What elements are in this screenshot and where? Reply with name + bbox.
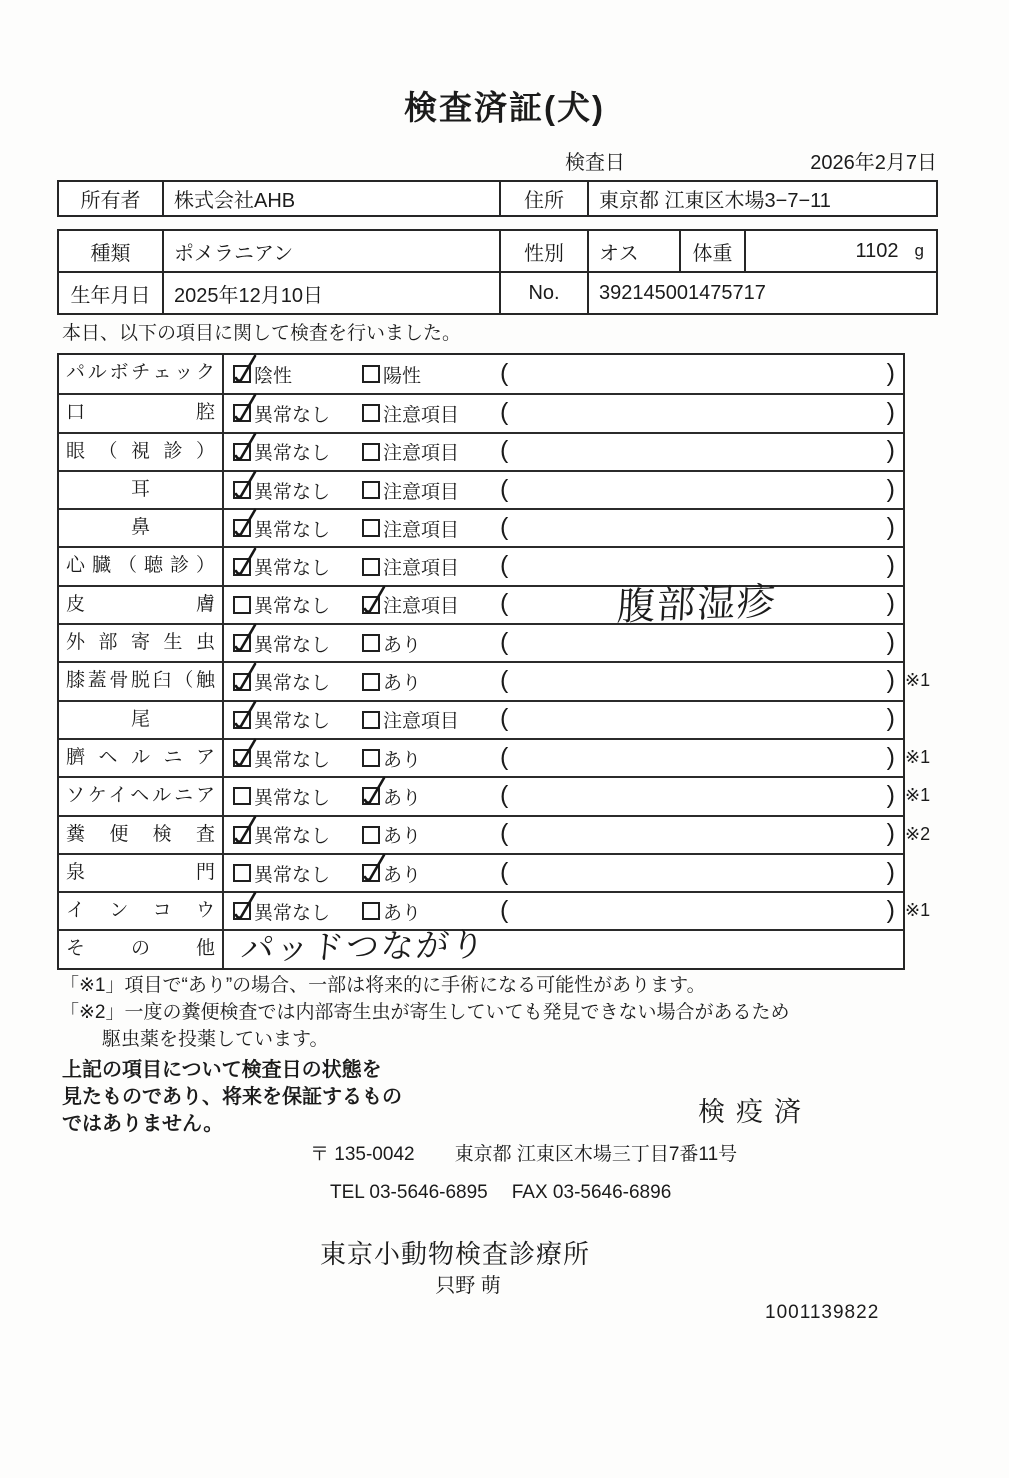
row-content: パッドつながり: [224, 931, 903, 967]
result-option: あり: [362, 783, 500, 810]
result-option: あり: [362, 860, 500, 887]
option-label: 注意項目: [383, 477, 459, 504]
footnote-line: 「※1」項目で“あり”の場合、一部は将来的に手術になる可能性があります。: [60, 972, 790, 999]
checkbox-unchecked: [362, 404, 380, 422]
sex-value: オス: [587, 231, 679, 271]
option-label: 異常なし: [254, 706, 330, 733]
table-row: インコウ異常なしあり()※1: [59, 891, 903, 929]
birthdate-label: 生年月日: [59, 273, 162, 313]
checkbox-checked: [233, 365, 251, 383]
row-label: ソケイヘルニア: [59, 778, 224, 814]
checkbox-checked: [233, 634, 251, 652]
checkbox-checked: [233, 902, 251, 920]
result-option: あり: [362, 630, 500, 657]
certificate-page: 検査済証(犬) 検査日 2026年2月7日 所有者 株式会社AHB 住所 東京都…: [0, 0, 1009, 1478]
checkbox-unchecked: [233, 864, 251, 882]
table-row: 耳異常なし注意項目(): [59, 470, 903, 508]
option-label: あり: [383, 783, 421, 810]
checkbox-unchecked: [362, 634, 380, 652]
row-content: 異常なし注意項目(): [224, 395, 903, 431]
clinic-tel: TEL 03-5646-6895: [330, 1182, 488, 1204]
option-label: 陽性: [383, 361, 421, 388]
examiner-name: 只野 萌: [320, 1269, 616, 1298]
result-option: 異常なし: [233, 515, 362, 542]
table-row: 泉門異常なしあり(): [59, 853, 903, 891]
clinic-address: 東京都 江東区木場三丁目7番11号: [455, 1139, 738, 1166]
check-mark-icon: [232, 546, 258, 580]
row-content: 異常なしあり(): [224, 855, 903, 891]
paren-open: (: [500, 628, 508, 659]
table-row: 臍ヘルニア異常なしあり()※1: [59, 738, 903, 776]
check-mark-icon: [232, 661, 258, 695]
option-label: あり: [383, 630, 421, 657]
breed-label: 種類: [59, 231, 162, 271]
row-label: 心臓（聴診）: [59, 548, 224, 584]
pet-info-table: 種類 ポメラニアン 性別 オス 体重 1102 g 生年月日 2025年12月1…: [57, 229, 938, 315]
option-label: 注意項目: [383, 438, 459, 465]
option-label: 異常なし: [254, 400, 330, 427]
paren-close: ): [887, 858, 895, 889]
paren-close: ): [887, 475, 895, 506]
weight-unit: g: [915, 241, 936, 261]
checkbox-unchecked: [233, 596, 251, 614]
sex-label: 性別: [499, 231, 587, 271]
result-option: 異常なし: [233, 860, 362, 887]
check-mark-icon: [232, 622, 258, 656]
row-content: 異常なしあり(): [224, 778, 903, 814]
option-label: あり: [383, 668, 421, 695]
table-row: その他パッドつながり: [59, 929, 903, 967]
checkbox-checked: [362, 864, 380, 882]
result-option: 注意項目: [362, 515, 500, 542]
paren-close: ): [887, 743, 895, 774]
checkbox-unchecked: [362, 749, 380, 767]
result-option: 異常なし: [233, 477, 362, 504]
row-label: その他: [59, 931, 224, 967]
row-label: 耳: [59, 472, 224, 508]
paren-open: (: [500, 475, 508, 506]
checkbox-checked: [233, 443, 251, 461]
result-option: 異常なし: [233, 706, 362, 733]
option-label: 異常なし: [254, 668, 330, 695]
check-mark-icon: [361, 852, 387, 886]
row-content: 異常なしあり(): [224, 663, 903, 699]
result-option: 異常なし: [233, 898, 362, 925]
table-row: パルボチェック陰性陽性(): [59, 355, 903, 393]
quarantine-stamp: 検疫済: [698, 1090, 812, 1129]
result-option: 注意項目: [362, 438, 500, 465]
clinic-fax: FAX 03-5646-6896: [512, 1182, 672, 1204]
paren-close: ): [887, 359, 895, 390]
paren-close: ): [887, 819, 895, 850]
table-row: 種類 ポメラニアン 性別 オス 体重 1102 g: [59, 231, 936, 271]
check-mark-icon: [232, 431, 258, 465]
paren-close: ): [887, 896, 895, 927]
option-label: 異常なし: [254, 477, 330, 504]
option-label: 異常なし: [254, 860, 330, 887]
option-label: 注意項目: [383, 706, 459, 733]
row-label: パルボチェック: [59, 355, 224, 393]
paren-open: (: [500, 896, 508, 927]
table-row: 心臓（聴診）異常なし注意項目(): [59, 546, 903, 584]
check-mark-icon: [361, 584, 387, 618]
row-content: 異常なし注意項目(腹部湿疹): [224, 587, 903, 623]
check-mark-icon: [361, 775, 387, 809]
checkbox-checked: [233, 404, 251, 422]
disclaimer: 上記の項目について検査日の状態を見たものであり、将来を保証するものではありません…: [62, 1057, 402, 1138]
exam-date-row: 検査日 2026年2月7日: [565, 146, 937, 175]
row-label: 外部寄生虫: [59, 625, 224, 661]
reference-mark: ※1: [905, 747, 949, 768]
paren-open: (: [500, 743, 508, 774]
option-label: 異常なし: [254, 898, 330, 925]
paren-open: (: [500, 359, 508, 390]
paren-open: (: [500, 781, 508, 812]
no-value: 392145001475717: [587, 273, 936, 313]
owner-value: 株式会社AHB: [162, 182, 499, 215]
row-label: 尾: [59, 702, 224, 738]
weight-cell: 1102 g: [744, 231, 936, 271]
check-mark-icon: [232, 469, 258, 503]
check-mark-icon: [232, 392, 258, 426]
row-label: 眼（視診）: [59, 434, 224, 470]
table-row: 膝蓋骨脱臼（触診）異常なしあり()※1: [59, 661, 903, 699]
row-label: 膝蓋骨脱臼（触診）: [59, 663, 224, 699]
option-label: 異常なし: [254, 515, 330, 542]
table-row: 口腔異常なし注意項目(): [59, 393, 903, 431]
option-label: 注意項目: [383, 591, 459, 618]
result-option: 異常なし: [233, 400, 362, 427]
paren-close: ): [887, 704, 895, 735]
check-mark-icon: [232, 737, 258, 771]
no-label: No.: [499, 273, 587, 313]
checkbox-checked: [233, 711, 251, 729]
check-mark-icon: [232, 507, 258, 541]
result-option: 注意項目: [362, 477, 500, 504]
result-option: 注意項目: [362, 400, 500, 427]
result-option: あり: [362, 668, 500, 695]
row-content: 異常なし注意項目(): [224, 472, 903, 508]
checklist-table: パルボチェック陰性陽性()口腔異常なし注意項目()眼（視診）異常なし注意項目()…: [57, 353, 905, 970]
option-label: 異常なし: [254, 821, 330, 848]
birthdate-value: 2025年12月10日: [162, 273, 499, 313]
checkbox-unchecked: [233, 787, 251, 805]
option-label: あり: [383, 898, 421, 925]
option-label: 異常なし: [254, 783, 330, 810]
result-option: 注意項目: [362, 553, 500, 580]
table-row: 生年月日 2025年12月10日 No. 392145001475717: [59, 271, 936, 313]
row-content: 異常なし注意項目(): [224, 548, 903, 584]
checkbox-checked: [233, 749, 251, 767]
option-label: 異常なし: [254, 630, 330, 657]
clinic-tel-row: TEL 03-5646-6895 FAX 03-5646-6896: [330, 1182, 671, 1204]
document-number: 1001139822: [765, 1302, 879, 1324]
paren-close: ): [887, 589, 895, 620]
check-mark-icon: [232, 814, 258, 848]
disclaimer-line: 上記の項目について検査日の状態を: [62, 1057, 402, 1084]
result-option: 異常なし: [233, 553, 362, 580]
checkbox-unchecked: [362, 558, 380, 576]
checkbox-checked: [233, 558, 251, 576]
row-content: 異常なし注意項目(): [224, 510, 903, 546]
checkbox-unchecked: [362, 902, 380, 920]
paren-open: (: [500, 551, 508, 582]
check-mark-icon: [232, 353, 258, 387]
check-mark-icon: [232, 890, 258, 924]
note-area: 腹部湿疹: [508, 586, 886, 624]
row-content: 異常なし注意項目(): [224, 434, 903, 470]
checkbox-checked: [362, 596, 380, 614]
option-label: 異常なし: [254, 553, 330, 580]
disclaimer-line: 見たものであり、将来を保証するもの: [62, 1084, 402, 1111]
paren-open: (: [500, 589, 508, 620]
option-label: 異常なし: [254, 438, 330, 465]
option-label: あり: [383, 821, 421, 848]
check-mark-icon: [232, 699, 258, 733]
paren-close: ): [887, 436, 895, 467]
result-option: 異常なし: [233, 438, 362, 465]
address-label: 住所: [499, 182, 587, 215]
result-option: 注意項目: [362, 706, 500, 733]
row-content: 陰性陽性(): [224, 355, 903, 393]
checkbox-checked: [233, 673, 251, 691]
result-option: 異常なし: [233, 821, 362, 848]
result-option: 異常なし: [233, 668, 362, 695]
row-content: 異常なし注意項目(): [224, 702, 903, 738]
handwritten-note: パッドつながり: [232, 928, 488, 965]
table-row: 糞便検査異常なしあり()※2: [59, 815, 903, 853]
option-label: 異常なし: [254, 745, 330, 772]
paren-close: ): [887, 513, 895, 544]
reference-mark: ※1: [905, 900, 949, 921]
row-label: 皮膚: [59, 587, 224, 623]
paren-open: (: [500, 436, 508, 467]
result-option: 異常なし: [233, 783, 362, 810]
paren-close: ): [887, 551, 895, 582]
weight-value: 1102: [746, 240, 915, 263]
paren-open: (: [500, 513, 508, 544]
breed-value: ポメラニアン: [162, 231, 499, 271]
table-row: 尾異常なし注意項目(): [59, 700, 903, 738]
exam-date-label: 検査日: [565, 146, 625, 175]
result-option: あり: [362, 745, 500, 772]
checkbox-checked: [233, 826, 251, 844]
table-row: 鼻異常なし注意項目(): [59, 508, 903, 546]
result-option: 異常なし: [233, 591, 362, 618]
clinic-name: 東京小動物検査診療所: [320, 1234, 590, 1271]
row-label: 鼻: [59, 510, 224, 546]
paren-open: (: [500, 666, 508, 697]
page-title: 検査済証(犬): [0, 82, 1009, 129]
option-label: 注意項目: [383, 515, 459, 542]
row-label: 臍ヘルニア: [59, 740, 224, 776]
owner-label: 所有者: [59, 182, 162, 215]
footnote-line: 駆虫薬を投薬しています。: [60, 1026, 790, 1053]
footnotes: 「※1」項目で“あり”の場合、一部は将来的に手術になる可能性があります。「※2」…: [60, 972, 790, 1053]
checkbox-checked: [233, 519, 251, 537]
option-label: 異常なし: [254, 591, 330, 618]
clinic-postal-code: 〒 135-0042: [310, 1139, 415, 1166]
table-row: 眼（視診）異常なし注意項目(): [59, 432, 903, 470]
option-label: あり: [383, 860, 421, 887]
row-label: 糞便検査: [59, 817, 224, 853]
checkbox-unchecked: [362, 481, 380, 499]
row-content: 異常なしあり(): [224, 893, 903, 929]
table-row: 皮膚異常なし注意項目(腹部湿疹): [59, 585, 903, 623]
handwritten-note: 腹部湿疹: [617, 583, 779, 627]
intro-text: 本日、以下の項目に関して検査を行いました。: [62, 318, 461, 345]
row-content: 異常なしあり(): [224, 625, 903, 661]
address-value: 東京都 江東区木場3−7−11: [587, 182, 936, 215]
option-label: あり: [383, 745, 421, 772]
reference-mark: ※2: [905, 824, 949, 845]
reference-mark: ※1: [905, 785, 949, 806]
option-label: 注意項目: [383, 553, 459, 580]
option-label: 陰性: [254, 361, 292, 388]
result-option: あり: [362, 821, 500, 848]
table-row: ソケイヘルニア異常なしあり()※1: [59, 776, 903, 814]
clinic-address-row: 〒 135-0042 東京都 江東区木場三丁目7番11号: [310, 1139, 737, 1166]
row-label: 口腔: [59, 395, 224, 431]
paren-open: (: [500, 819, 508, 850]
weight-label: 体重: [679, 231, 744, 271]
option-label: 注意項目: [383, 400, 459, 427]
reference-mark: ※1: [905, 670, 949, 691]
checkbox-unchecked: [362, 673, 380, 691]
result-option: 異常なし: [233, 745, 362, 772]
owner-table: 所有者 株式会社AHB 住所 東京都 江東区木場3−7−11: [57, 180, 938, 217]
paren-close: ): [887, 781, 895, 812]
footnote-line: 「※2」一度の糞便検査では内部寄生虫が寄生していても発見できない場合があるため: [60, 999, 790, 1026]
paren-open: (: [500, 858, 508, 889]
result-option: 注意項目: [362, 591, 500, 618]
row-content: 異常なしあり(): [224, 817, 903, 853]
row-label: インコウ: [59, 893, 224, 929]
result-option: 陽性: [362, 361, 500, 388]
checkbox-unchecked: [362, 443, 380, 461]
disclaimer-line: ではありません。: [62, 1111, 402, 1138]
row-label: 泉門: [59, 855, 224, 891]
checkbox-checked: [233, 481, 251, 499]
checkbox-unchecked: [362, 365, 380, 383]
paren-close: ): [887, 398, 895, 429]
result-option: 異常なし: [233, 630, 362, 657]
checkbox-unchecked: [362, 826, 380, 844]
paren-close: ): [887, 628, 895, 659]
result-option: あり: [362, 898, 500, 925]
checkbox-unchecked: [362, 519, 380, 537]
exam-date-value: 2026年2月7日: [810, 146, 937, 175]
paren-close: ): [887, 666, 895, 697]
paren-open: (: [500, 704, 508, 735]
checkbox-checked: [362, 787, 380, 805]
result-option: 陰性: [233, 361, 362, 388]
checkbox-unchecked: [362, 711, 380, 729]
table-row: 外部寄生虫異常なしあり(): [59, 623, 903, 661]
row-content: 異常なしあり(): [224, 740, 903, 776]
paren-open: (: [500, 398, 508, 429]
